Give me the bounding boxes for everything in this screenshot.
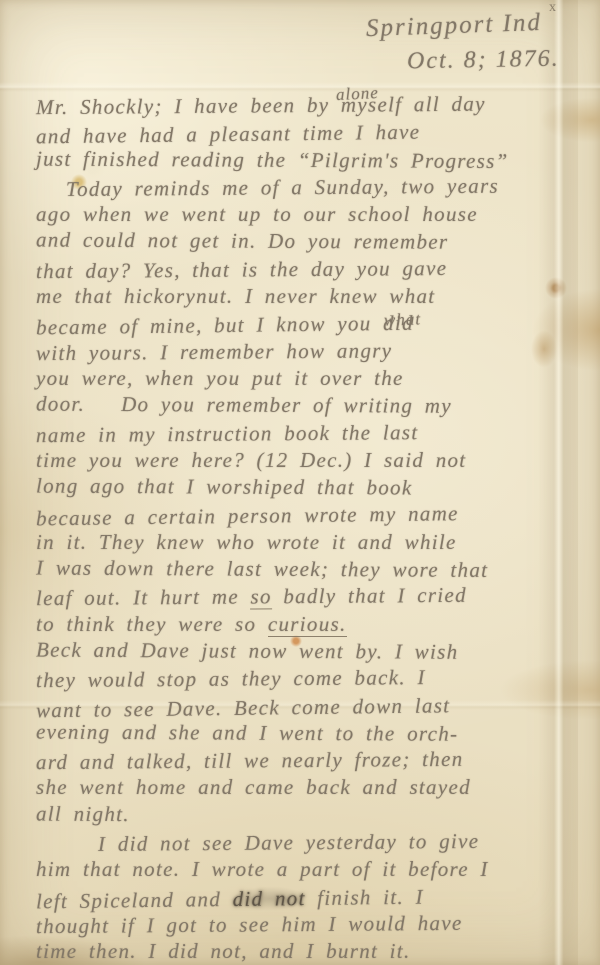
line-text: became of mine, but I know you did <box>36 311 414 340</box>
line-text: I did not see Dave yesterday to give <box>98 829 480 856</box>
letter-page: x Springport Ind Oct. 8; 1876. alone wha… <box>0 0 600 965</box>
line-text: you were, when you put it over the <box>36 366 404 390</box>
letter-line: name in my instruction book the last <box>36 417 588 449</box>
line-text: and could not get in. Do you remember <box>36 228 449 254</box>
smudged-words: did not <box>232 886 305 911</box>
line-text: she went home and came back and stayed <box>36 775 471 799</box>
line-text: evening and she and I went to the orch- <box>36 719 458 745</box>
letter-line: me that hickorynut. I never knew what <box>36 283 588 310</box>
line-text: finish it. I <box>305 884 424 909</box>
line-text: because a certain person wrote my name <box>36 502 459 531</box>
letter-body: Mr. Shockly; I have been by myself all d… <box>36 92 588 965</box>
line-text: and have had a pleasant time I have <box>36 120 421 149</box>
line-text: Today reminds me of a Sunday, two years <box>66 174 499 201</box>
letter-line: leaf out. It hurt me so badly that I cri… <box>36 581 588 613</box>
line-text: in it. They knew who wrote it and while <box>36 530 457 554</box>
line-text: Do you remember of writing my <box>121 392 452 418</box>
line-text: time you were here? (12 Dec.) I said not <box>36 448 466 472</box>
line-text: Mr. Shockly; I have been by myself all d… <box>36 92 486 120</box>
line-text: just finished reading the “Pilgrim's Pro… <box>36 146 509 172</box>
letter-line: time then. I did not, and I burnt it. <box>36 938 588 965</box>
line-text: me that hickorynut. I never knew what <box>36 284 435 308</box>
letter-line: ard and talked, till we nearly froze; th… <box>36 745 588 777</box>
letter-line: time you were here? (12 Dec.) I said not <box>36 447 588 474</box>
line-text: leaf out. It hurt me <box>36 585 251 611</box>
underlined-word: so <box>250 585 271 610</box>
letter-line: Beck and Dave just now went by. I wish <box>36 636 588 666</box>
letter-line: door.Do you remember of writing my <box>36 391 588 421</box>
line-text: Beck and Dave just now went by. I wish <box>36 637 459 663</box>
letter-line: you were, when you put it over the <box>36 365 588 392</box>
letter-line: they would stop as they come back. I <box>36 663 588 695</box>
letter-line: just finished reading the “Pilgrim's Pro… <box>36 145 588 175</box>
letter-line: all night. <box>36 800 588 830</box>
line-text: to think they were so <box>36 612 268 636</box>
line-text: all night. <box>36 801 130 825</box>
letter-date-line: Oct. 8; 1876. <box>407 46 560 76</box>
line-text: badly that I cried <box>272 583 467 609</box>
letter-line: she went home and came back and stayed <box>36 774 588 801</box>
line-text: him that note. I wrote a part of it befo… <box>36 857 489 881</box>
letter-line: evening and she and I went to the orch- <box>36 718 588 748</box>
line-text: want to see Dave. Beck come down last <box>36 693 451 722</box>
letter-line: long ago that I worshiped that book <box>36 473 588 503</box>
line-text: thought if I got to see him I would have <box>36 911 463 938</box>
line-text: name in my instruction book the last <box>36 420 419 447</box>
line-text: door. <box>36 392 85 416</box>
letter-line: to think they were so curious. <box>36 611 588 638</box>
corner-mark: x <box>549 0 556 16</box>
letter-line: thought if I got to see him I would have <box>36 909 588 941</box>
line-text: time then. I did not, and I burnt it. <box>36 939 411 963</box>
line-text: with yours. I remember how angry <box>36 338 392 365</box>
line-text: left Spiceland and <box>36 887 233 913</box>
underlined-word: curious. <box>268 612 347 637</box>
letter-line: in it. They knew who wrote it and while <box>36 529 588 556</box>
line-text: ard and talked, till we nearly froze; th… <box>36 747 464 774</box>
line-text: I was down there last week; they wore th… <box>36 556 488 582</box>
letter-line: him that note. I wrote a part of it befo… <box>36 856 588 883</box>
letter-line: with yours. I remember how angry <box>36 336 588 368</box>
letter-place-line: Springport Ind <box>366 9 543 43</box>
letter-line: I was down there last week; they wore th… <box>36 555 588 585</box>
line-text: they would stop as they come back. I <box>36 665 426 692</box>
letter-line: that day? Yes, that is the day you gave <box>36 254 588 286</box>
line-text: that day? Yes, that is the day you gave <box>36 256 447 283</box>
letter-line: I did not see Dave yesterday to give <box>98 827 588 858</box>
letter-line: Today reminds me of a Sunday, two years <box>66 172 588 203</box>
line-text: ago when we went up to our school house <box>36 202 478 226</box>
line-text: long ago that I worshiped that book <box>36 474 413 500</box>
letter-line: ago when we went up to our school house <box>36 201 588 228</box>
letter-line: and could not get in. Do you remember <box>36 227 588 257</box>
